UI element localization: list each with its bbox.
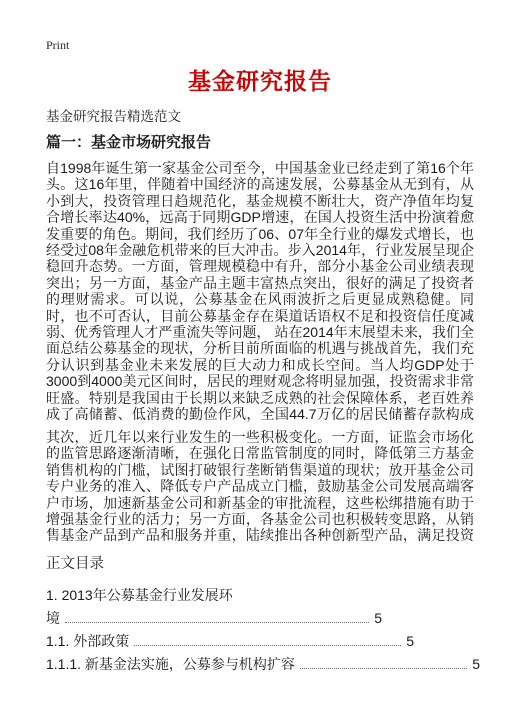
body-paragraph-2: 其次，近几年以来行业发生的一些积极变化。一方面，证监会市场化的监管思路逐渐清晰，… xyxy=(46,429,474,544)
toc-entry-1-first-line: 1. 2013年公募基金行业发展环 xyxy=(46,587,474,603)
toc-page-number: 5 xyxy=(374,610,382,626)
report-title: 基金研究报告 xyxy=(46,66,474,96)
print-link[interactable]: Print xyxy=(46,38,69,53)
section-heading: 篇一：基金市场研究报告 xyxy=(46,134,474,151)
report-subtitle: 基金研究报告精选范文 xyxy=(46,108,474,125)
document-page: Print 基金研究报告 基金研究报告精选范文 篇一：基金市场研究报告 自199… xyxy=(0,0,520,718)
toc-entry-1-wrap-line: 境 5 xyxy=(46,610,382,626)
toc-page-number: 5 xyxy=(406,633,414,649)
toc-entry-label: 1.1.1. 新基金法实施，公募参与机构扩容 xyxy=(46,656,295,672)
body-paragraph-1: 自1998年诞生第一家基金公司至今，中国基金业已经走到了第16个年头。这16年里… xyxy=(46,160,474,423)
toc-dotted-leader xyxy=(134,645,401,646)
toc-entry-label: 境 xyxy=(46,610,60,626)
toc-dotted-leader xyxy=(65,622,369,623)
toc-dotted-leader xyxy=(300,668,467,669)
toc-entry-label: 1.1. 外部政策 xyxy=(46,633,129,649)
toc-entry-2: 1.1. 外部政策 5 xyxy=(46,633,414,649)
toc-title: 正文目录 xyxy=(46,556,474,573)
toc-entry-3: 1.1.1. 新基金法实施，公募参与机构扩容 5 xyxy=(46,656,480,672)
toc-page-number: 5 xyxy=(472,656,480,672)
